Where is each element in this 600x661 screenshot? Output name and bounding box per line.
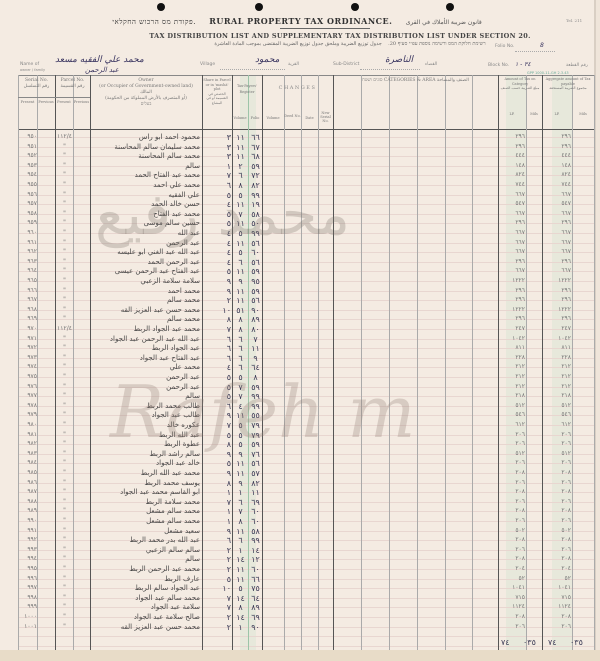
tax-cell: ٢٠٦ — [506, 440, 525, 447]
col-line — [417, 75, 418, 650]
hdr-parcel: Parcel No. رقم القسيمة — [55, 78, 90, 90]
parcel-cell: " — [56, 152, 73, 159]
owner-cell: عبد الفتاح عبد الجواد — [92, 354, 200, 362]
parcel-cell: " — [56, 546, 73, 553]
share-cell: ٣ — [218, 133, 231, 142]
owner-cell: سلامة سلامة الزعبي — [92, 277, 200, 285]
parcel-cell: " — [56, 239, 73, 246]
owner-cell: طالب عبد الجواد — [92, 411, 200, 419]
folio-cell: ٦٨ — [249, 152, 262, 161]
aggregate-cell: ٢٩٦ — [552, 258, 571, 265]
aggregate-cell: ١٠٤١ — [552, 584, 571, 591]
name-of-value-2: عبد الرحمن — [85, 66, 119, 74]
owner-cell: عطوة الربط — [92, 440, 200, 448]
volume-cell: ٩ — [234, 277, 247, 286]
share-cell: ١ — [218, 517, 231, 526]
punch-hole — [446, 3, 454, 11]
volume-cell: ٥ — [234, 229, 247, 238]
share-cell: ٥ — [218, 219, 231, 228]
tax-cell: ٢٩٦ — [506, 287, 525, 294]
share-cell: ٥ — [218, 383, 231, 392]
hdr-cat-he: סוגים ושטח — [362, 78, 382, 83]
folio-cell: ٦٠ — [249, 517, 262, 526]
owner-cell: سالم — [92, 392, 200, 400]
subdistrict-label-ar: القضاء — [425, 62, 437, 67]
hdr-owner-he: בעלים — [90, 102, 202, 108]
tax-cell: ٢١٢ — [506, 363, 525, 370]
folio-cell: ٥٦ — [249, 239, 262, 248]
col-line — [333, 75, 334, 650]
parcel-cell: " — [56, 277, 73, 284]
folio-field-line — [515, 51, 555, 52]
parcel-cell: " — [56, 575, 73, 582]
parcel-cell: " — [56, 248, 73, 255]
hdr-changes: CHANGES — [262, 85, 333, 91]
serial-cell: ٩٥٩ — [19, 219, 37, 226]
folio-cell: ٥٧ — [249, 469, 262, 478]
tax-cell: ٢٠٨ — [506, 536, 525, 543]
col-line — [498, 75, 499, 650]
aggregate-cell: ٢٠٨ — [552, 507, 571, 514]
aggregate-cell: ٤٤٤ — [552, 152, 571, 159]
volume-cell: ١١ — [234, 411, 247, 420]
volume-cell: ١١ — [234, 133, 247, 142]
aggregate-cell: ٢١٢ — [552, 363, 571, 370]
folio-cell: ٦٧ — [249, 143, 262, 152]
owner-cell: محمد سالم المحاسنة — [92, 152, 200, 160]
owner-cell: صالح سلامة عبد الجواد — [92, 613, 200, 621]
share-cell: ٤ — [218, 248, 231, 257]
tax-cell: ٢٠٦ — [506, 546, 525, 553]
tax-cell: ٢٩٦ — [506, 296, 525, 303]
subdistrict-value: الناصرة — [385, 55, 413, 65]
aggregate-cell: ٢٠٦ — [552, 546, 571, 553]
owner-cell: عبد الله عبد الرحمن عبد الجواد — [92, 335, 200, 343]
volume-cell: ٦ — [234, 171, 247, 180]
serial-cell: ٩٦٣ — [19, 258, 37, 265]
folio-cell: ٦٤ — [249, 594, 262, 603]
folio-cell: ٦٦ — [249, 575, 262, 584]
hdr-previous: Previous — [37, 99, 55, 105]
serial-cell: ٩٨٢ — [19, 440, 37, 447]
owner-cell: محمد عبد الفتاح — [92, 210, 200, 218]
serial-cell: ٩٥٣ — [19, 162, 37, 169]
volume-cell: ٥ — [234, 191, 247, 200]
col-line — [361, 75, 362, 650]
tax-cell: ٨١١ — [506, 344, 525, 351]
parcel-cell: " — [56, 363, 73, 370]
tax-cell: ٢١٢ — [506, 383, 525, 390]
folio-cell: ٩٩ — [249, 402, 262, 411]
hdr-area-tax-ar: مبلغ الضريبة حسب الصنف — [498, 86, 542, 91]
aggregate-cell: ٢٩٦ — [552, 133, 571, 140]
aggregate-cell: ٦٦٧ — [552, 210, 571, 217]
serial-cell: ٩٩٦ — [19, 575, 37, 582]
aggregate-cell: ٦٦٧ — [552, 267, 571, 274]
folio-cell: ٦٠ — [249, 248, 262, 257]
parcel-cell: " — [56, 488, 73, 495]
folio-cell: ٧ — [249, 335, 262, 344]
hdr-ch-date: Date — [301, 115, 318, 121]
aggregate-cell: ٢٤٧ — [552, 325, 571, 332]
tax-cell: ٥١٢ — [506, 450, 525, 457]
volume-cell: ٨ — [234, 517, 247, 526]
folio-cell: ٧٢ — [249, 171, 262, 180]
serial-cell: ٩٩٥ — [19, 565, 37, 572]
volume-cell: ١ — [234, 623, 247, 632]
tax-cell: ٢٠٦ — [506, 498, 525, 505]
parcel-cell: " — [56, 421, 73, 428]
owner-cell: محمد سالم عبد الجواد — [92, 594, 200, 602]
share-cell: ٤ — [218, 258, 231, 267]
subtitle-hebrew: רשימת חלוקת המס ורשימה נוספת עפ״י סעיף 2… — [388, 41, 485, 47]
owner-cell: عبد الله بدر محمد الربط — [92, 536, 200, 544]
share-cell: ٦ — [218, 181, 231, 190]
tax-cell: ٢٠٨ — [506, 555, 525, 562]
owner-cell: محمد سالم مشعل — [92, 507, 200, 515]
folio-cell: ٨٢ — [249, 181, 262, 190]
name-of-value: محمد علي الفقيه مسعد — [55, 55, 144, 65]
hdr-owner: Owner (or Occupier of Government-owned l… — [90, 78, 202, 108]
volume-cell: ١١ — [234, 219, 247, 228]
owner-cell: سلامة عبد الجواد — [92, 603, 200, 611]
hdr-tax-lp: LP. — [498, 111, 526, 117]
aggregate-cell: ٦٦٧ — [552, 248, 571, 255]
tax-cell: ٦٦٧ — [506, 239, 525, 246]
folio-cell: ٦٠ — [249, 507, 262, 516]
hdr-cat-ar: الصنف والمساحة — [437, 78, 469, 83]
col-line — [318, 75, 319, 650]
serial-cell: ٩٩٩ — [19, 603, 37, 610]
share-cell: ٦ — [218, 402, 231, 411]
volume-cell: ٦ — [234, 335, 247, 344]
parcel-cell: " — [56, 219, 73, 226]
parcel-cell: " — [56, 383, 73, 390]
tax-total-mils: ٠٣٥ — [523, 638, 536, 647]
volume-cell: ٧ — [234, 507, 247, 516]
tax-cell: ٥٠٢ — [506, 527, 525, 534]
col-line — [526, 75, 527, 650]
folio-value: 8 — [540, 42, 544, 49]
share-cell: ٢ — [218, 623, 231, 632]
serial-cell: ٩٧٢ — [19, 344, 37, 351]
tax-cell: ٢٩٦ — [506, 258, 525, 265]
aggregate-cell: ٢٩٦ — [552, 287, 571, 294]
col-line — [202, 75, 203, 650]
folio-cell: ٧٩ — [249, 431, 262, 440]
share-cell: ٥ — [218, 392, 231, 401]
aggregate-cell: ٢٠٦ — [552, 623, 571, 630]
serial-cell: ٩٩٣ — [19, 546, 37, 553]
parcel-cell: " — [56, 431, 73, 438]
parcel-cell: " — [56, 258, 73, 265]
folio-label: Folio No. — [495, 44, 514, 49]
serial-cell: ٩٨٨ — [19, 498, 37, 505]
owner-cell: محمد سلامة الربط — [92, 498, 200, 506]
volume-cell: ١ — [234, 488, 247, 497]
serial-cell: ٩٧٧ — [19, 392, 37, 399]
tax-table: Serial No. رقم التسلسل Parcel No. رقم ال… — [18, 75, 594, 650]
parcel-cell: " — [56, 450, 73, 457]
aggregate-cell: ١٢٢٢ — [552, 277, 571, 284]
folio-cell: ٩٩ — [249, 191, 262, 200]
parcel-cell: " — [56, 584, 73, 591]
owner-cell: سعيد مشعل — [92, 527, 200, 535]
parcel-cell: " — [56, 143, 73, 150]
share-cell: ٣ — [218, 143, 231, 152]
parcel-cell: " — [56, 191, 73, 198]
tax-cell: ٧١٥ — [506, 594, 525, 601]
parcel-cell: " — [56, 440, 73, 447]
aggregate-cell: ٧٤٤ — [552, 181, 571, 188]
aggregate-cell: ٦٦٧ — [552, 191, 571, 198]
folio-cell: ٩ — [249, 354, 262, 363]
parcel-cell: " — [56, 181, 73, 188]
agg-total-lp: ٧٤ — [548, 638, 557, 647]
owner-cell: عبد الجواد الربط — [92, 344, 200, 352]
volume-cell: ٥ — [234, 584, 247, 593]
volume-cell: ١٤ — [234, 594, 247, 603]
folio-cell: ١١ — [249, 488, 262, 497]
hdr-serial: Serial No. رقم التسلسل — [18, 78, 55, 90]
aggregate-cell: ٢٠٤ — [552, 565, 571, 572]
parcel-cell: " — [56, 536, 73, 543]
serial-cell: ٩٧٩ — [19, 411, 37, 418]
tax-cell: ٦٦٧ — [506, 229, 525, 236]
tax-cell: ٢٤٧ — [506, 325, 525, 332]
volume-cell: ٦ — [234, 344, 247, 353]
aggregate-cell: ٢٠٦ — [552, 498, 571, 505]
serial-cell: ٩٩٢ — [19, 536, 37, 543]
owner-cell: حسين سالم موسى — [92, 219, 200, 227]
owner-cell: محمد حسن عبد العزيز القه — [92, 623, 200, 631]
volume-cell: ١١ — [234, 143, 247, 152]
volume-cell: ١٤ — [234, 613, 247, 622]
parcel-cell: " — [56, 354, 73, 361]
aggregate-cell: ٢٠٨ — [552, 536, 571, 543]
document-title: פקודת מס הרכוש החקלאי. RURAL PROPERTY TA… — [0, 16, 594, 26]
owner-cell: محمد علي — [92, 363, 200, 371]
hdr-present: Present — [18, 99, 37, 105]
subtitle-arabic: جدول توزيع الضريبة وملحق جدول توزيع الضر… — [214, 41, 381, 47]
folio-cell: ٥٨ — [249, 527, 262, 536]
tax-cell: ٢٠٦ — [506, 517, 525, 524]
folio-cell: ٥٦ — [249, 296, 262, 305]
share-cell: ٢ — [218, 555, 231, 564]
owner-cell: ابو القاسم محمد عبد الجواد — [92, 488, 200, 496]
volume-cell: ٦ — [234, 354, 247, 363]
owner-cell: طالب محمد الربط — [92, 402, 200, 410]
owner-cell: عبد الرحمن — [92, 373, 200, 381]
parcel-cell: " — [56, 517, 73, 524]
serial-cell: ٩٧٣ — [19, 354, 37, 361]
folio-cell: ٩٠ — [249, 306, 262, 315]
serial-cell: ٩٩١ — [19, 527, 37, 534]
volume-cell: ١١ — [234, 239, 247, 248]
serial-cell: ٩٥٦ — [19, 191, 37, 198]
volume-cell: ١١ — [234, 459, 247, 468]
parcel-cell: " — [56, 315, 73, 322]
tax-cell: ٢٩٦ — [506, 143, 525, 150]
owner-cell: حسن خالد الحمد — [92, 200, 200, 208]
title-hebrew: פקודת מס הרכוש החקלאי. — [112, 18, 196, 26]
share-cell: ١ — [218, 507, 231, 516]
col-line — [37, 75, 38, 650]
aggregate-cell: ٢٩٦ — [552, 315, 571, 322]
aggregate-cell: ٢٢٨ — [552, 354, 571, 361]
header-top-rule — [18, 75, 594, 76]
serial-cell: ٩٥٥ — [19, 181, 37, 188]
tax-cell: ٢٠٦ — [506, 431, 525, 438]
block-label: Block No. — [488, 63, 509, 68]
serial-cell: ٩٦٦ — [19, 287, 37, 294]
serial-cell: ٩٥٨ — [19, 210, 37, 217]
hdr-ch-volume: Volume — [262, 115, 284, 121]
hdr-area-tax: Amount of Tax on Category مبلغ الضريبة ح… — [498, 77, 542, 91]
aggregate-cell: ١٢٢٢ — [552, 306, 571, 313]
tax-cell: ١٤٨ — [506, 162, 525, 169]
share-cell: ٩ — [218, 450, 231, 459]
share-cell: ٢ — [218, 565, 231, 574]
tax-cell: ٤٤٤ — [506, 152, 525, 159]
share-cell: ١ — [218, 162, 231, 171]
owner-cell: سالم — [92, 555, 200, 563]
document-subtitle: TAX DISTRIBUTION LIST AND SUPPLEMENTARY … — [130, 32, 550, 40]
block-value: ٣٤ - ١ — [515, 61, 531, 68]
aggregate-cell: ٢٩٦ — [552, 219, 571, 226]
tax-cell: ٢٩٦ — [506, 315, 525, 322]
volume-cell: ٩ — [234, 479, 247, 488]
tax-cell: ٢٩٦ — [506, 219, 525, 226]
aggregate-cell: ٥١٢ — [552, 402, 571, 409]
hdr-tax-mils: Mils — [526, 111, 542, 117]
parcel-cell: " — [56, 296, 73, 303]
volume-cell: ١١ — [234, 267, 247, 276]
serial-cell: ٩٦٧ — [19, 296, 37, 303]
parcel-cell: " — [56, 498, 73, 505]
aggregate-cell: ٢٠٨ — [552, 555, 571, 562]
tax-cell: ٢٠٨ — [506, 613, 525, 620]
serial-cell: ٩٩٤ — [19, 555, 37, 562]
share-cell: ١٠ — [218, 584, 231, 593]
hdr-agg-mils: Mils — [572, 111, 594, 117]
share-cell: ٧ — [218, 421, 231, 430]
serial-cell: ١٠٠٠ — [19, 613, 37, 620]
parcel-cell: " — [56, 287, 73, 294]
serial-cell: ٩٧١ — [19, 335, 37, 342]
share-cell: ٦ — [218, 344, 231, 353]
parcel-cell: " — [56, 229, 73, 236]
title-underline — [280, 28, 370, 29]
aggregate-cell: ٢٠٦ — [552, 440, 571, 447]
aggregate-cell: ٦١٢ — [552, 421, 571, 428]
header-bottom-rule — [18, 129, 594, 130]
col-line — [90, 75, 91, 650]
parcel-cell: " — [56, 171, 73, 178]
parcel-cell: " — [56, 162, 73, 169]
folio-cell: ٥٦ — [249, 459, 262, 468]
hdr-cat-en: CATEGORIES & AREA — [384, 78, 436, 83]
tax-cell: ١٠٤١ — [506, 584, 525, 591]
owner-cell: عكوره خالد — [92, 421, 200, 429]
owner-cell: محمد عبد الفتاح الحمد — [92, 171, 200, 179]
block-label-ar: رقم القطعة — [566, 63, 588, 68]
volume-cell: ١٤ — [234, 555, 247, 564]
serial-cell: ٩٧٦ — [19, 383, 37, 390]
aggregate-cell: ٢٠٦ — [552, 459, 571, 466]
share-cell: ٤ — [218, 363, 231, 372]
share-cell: ٣ — [218, 152, 231, 161]
parcel-cell: " — [56, 623, 73, 630]
subdistrict-field-line — [360, 69, 420, 70]
share-cell: ٤ — [218, 239, 231, 248]
hdr-aggregate-en: Aggregate amount of Tax payable — [542, 77, 594, 86]
serial-cell: ٩٨١ — [19, 431, 37, 438]
owner-cell: عبد الجواد سالم الربط — [92, 584, 200, 592]
hdr-aggregate: Aggregate amount of Tax payable مجموع ال… — [542, 77, 594, 91]
col-line — [284, 75, 285, 650]
tax-cell: ٢٠٨ — [506, 507, 525, 514]
serial-cell: ٩٦٤ — [19, 267, 37, 274]
serial-cell: ٩٧٠ — [19, 325, 37, 332]
name-of-sublabel: owner / family — [20, 68, 45, 72]
share-cell: ٥ — [218, 191, 231, 200]
col-line — [389, 75, 390, 650]
share-cell: ٥ — [218, 459, 231, 468]
parcel-cell: " — [56, 459, 73, 466]
volume-cell: ٩ — [234, 450, 247, 459]
volume-cell: ٥ — [234, 373, 247, 382]
col-line — [262, 75, 263, 650]
owner-cell: يوسف محمد الربط — [92, 479, 200, 487]
parcel-cell: " — [56, 210, 73, 217]
volume-cell: ٧ — [234, 383, 247, 392]
parcel-cell: " — [56, 479, 73, 486]
volume-cell: ٦ — [234, 258, 247, 267]
hdr-serial-ar: رقم التسلسل — [18, 84, 55, 90]
serial-cell: ٩٨٦ — [19, 479, 37, 486]
punch-hole — [255, 3, 263, 11]
aggregate-cell: ٦٦٧ — [552, 239, 571, 246]
tax-cell: ١٢٢٢ — [506, 306, 525, 313]
folio-cell: ٨٩ — [249, 603, 262, 612]
village-field-line — [220, 69, 285, 70]
aggregate-cell: ٢٠٦ — [552, 479, 571, 486]
aggregate-cell: ٢٠٦ — [552, 431, 571, 438]
agg-total-mils: ٠٣٥ — [570, 638, 583, 647]
page-bottom-edge — [0, 650, 600, 661]
serial-cell: ٩٥١ — [19, 143, 37, 150]
aggregate-cell: ٢٠٨ — [552, 488, 571, 495]
owner-cell: عبد الرحمن — [92, 383, 200, 391]
serial-cell: ٩٧٤ — [19, 363, 37, 370]
share-cell: ٤ — [218, 229, 231, 238]
serial-cell: ٩٦٩ — [19, 315, 37, 322]
serial-cell: ٩٧٥ — [19, 373, 37, 380]
aggregate-cell: ٢١٢ — [552, 383, 571, 390]
aggregate-cell: ٥٢ — [552, 575, 571, 582]
parcel-cell: " — [56, 411, 73, 418]
share-cell: ٧ — [218, 603, 231, 612]
owner-cell: محمد سالم — [92, 315, 200, 323]
hdr-share-en: Share in Parcel or in 'mashà' plot — [202, 78, 232, 92]
tax-cell: ٦١٢ — [506, 421, 525, 428]
col-line — [301, 75, 302, 650]
parcel-cell: " — [56, 613, 73, 620]
parcel-cell: " — [56, 565, 73, 572]
aggregate-cell: ٥١٢ — [552, 450, 571, 457]
parcel-cell: " — [56, 392, 73, 399]
